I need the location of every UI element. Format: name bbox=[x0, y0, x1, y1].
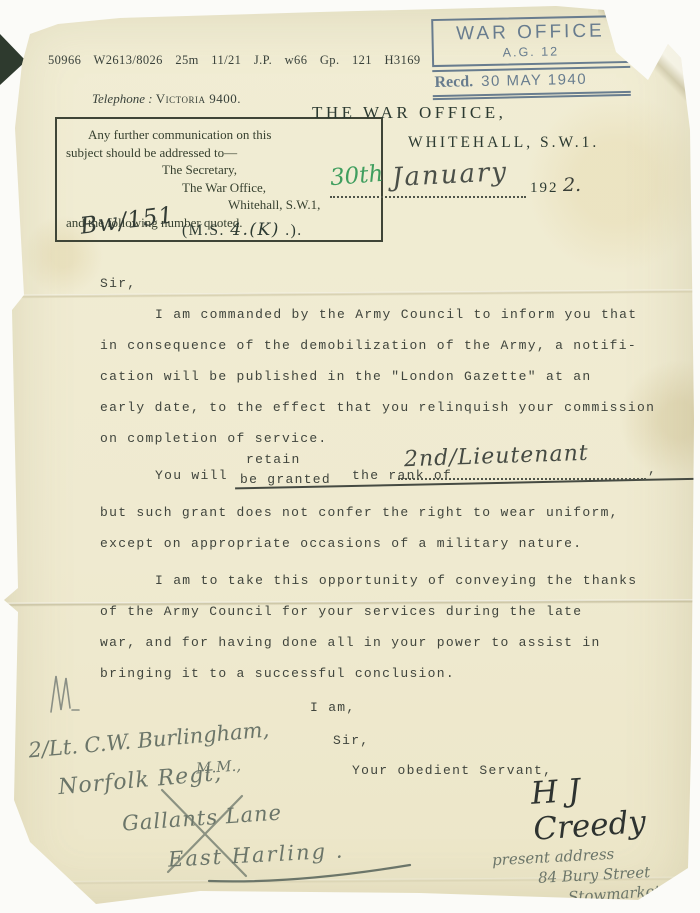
letterhead-address: WHITEHALL, S.W.1. bbox=[408, 134, 599, 152]
war-office-received-stamp: WAR OFFICE A.G. 12 Recd. 30 MAY 1940 bbox=[431, 15, 631, 100]
stamp-received-date: 30 MAY 1940 bbox=[481, 71, 587, 90]
ms-ref-prefix: (M.S. bbox=[182, 222, 225, 239]
notice-addr-1: The Secretary, bbox=[66, 161, 372, 179]
notice-addr-2: The War Office, bbox=[66, 179, 372, 197]
para1-line5: on completion of service. bbox=[100, 431, 328, 446]
stamp-office-name: WAR OFFICE bbox=[433, 20, 627, 46]
date-dotted-line bbox=[330, 178, 526, 198]
telephone-line: Telephone : Victoria 9400. bbox=[92, 91, 241, 107]
printed-year: 192 bbox=[530, 180, 559, 197]
para3-line4: bringing it to a successful conclusion. bbox=[100, 666, 455, 681]
ms-ref-written: 4.(K) bbox=[230, 220, 280, 240]
print-reference-line: 50966 W2613/8026 25m 11/21 J.P. w66 Gp. … bbox=[48, 53, 421, 68]
closing-sir: Sir, bbox=[333, 733, 369, 748]
telephone-label: Telephone : bbox=[92, 91, 153, 106]
stamp-department: A.G. 12 bbox=[434, 43, 628, 61]
scanned-letter: { "printed_header": { "ref_line": "50966… bbox=[0, 0, 700, 913]
signature-h-j-creedy: H J Creedy bbox=[530, 764, 700, 848]
para1-line1: I am commanded by the Army Council to in… bbox=[155, 307, 637, 322]
pencil-initials-mark bbox=[48, 672, 82, 718]
telephone-number: Victoria 9400. bbox=[156, 91, 241, 106]
stamp-received-label: Recd. bbox=[434, 73, 473, 92]
notice-line-2: subject should be addressed to— bbox=[66, 144, 372, 162]
handwritten-year-digit: 2. bbox=[563, 174, 581, 196]
recipient-name: 2/Lt. C.W. Burlingham, bbox=[27, 718, 270, 763]
ms-ref-suffix: .). bbox=[285, 222, 302, 239]
letterhead-office: THE WAR OFFICE, bbox=[312, 103, 506, 123]
underline-flourish bbox=[205, 862, 415, 884]
para1-line4: early date, to the effect that you relin… bbox=[100, 400, 655, 415]
salutation: Sir, bbox=[100, 276, 136, 291]
ms-branch-reference: (M.S. 4.(K) .). bbox=[182, 220, 303, 240]
para1-line3: cation will be published in the "London … bbox=[100, 369, 591, 384]
para2-comma: , bbox=[648, 462, 657, 477]
closing-i-am: I am, bbox=[310, 700, 356, 715]
para3-line1: I am to take this opportunity of conveyi… bbox=[155, 573, 637, 588]
para2-line2: but such grant does not confer the right… bbox=[100, 505, 619, 520]
para3-line2: of the Army Council for your services du… bbox=[100, 604, 582, 619]
para1-line2: in consequence of the demobilization of … bbox=[100, 338, 637, 353]
stamp-received-box: Recd. 30 MAY 1940 bbox=[432, 66, 631, 100]
closing-obedient-servant: Your obedient Servant, bbox=[352, 763, 552, 778]
typed-insertion-retain: retain bbox=[246, 452, 301, 467]
notice-line-1: Any further communication on this bbox=[66, 126, 372, 144]
stamp-office-box: WAR OFFICE A.G. 12 bbox=[431, 15, 630, 67]
letter-paper: 50966 W2613/8026 25m 11/21 J.P. w66 Gp. … bbox=[0, 0, 700, 913]
para3-line3: war, and for having done all in your pow… bbox=[100, 635, 601, 650]
para2-line3: except on appropriate occasions of a mil… bbox=[100, 536, 582, 551]
para2-prefix: You will bbox=[155, 468, 228, 483]
